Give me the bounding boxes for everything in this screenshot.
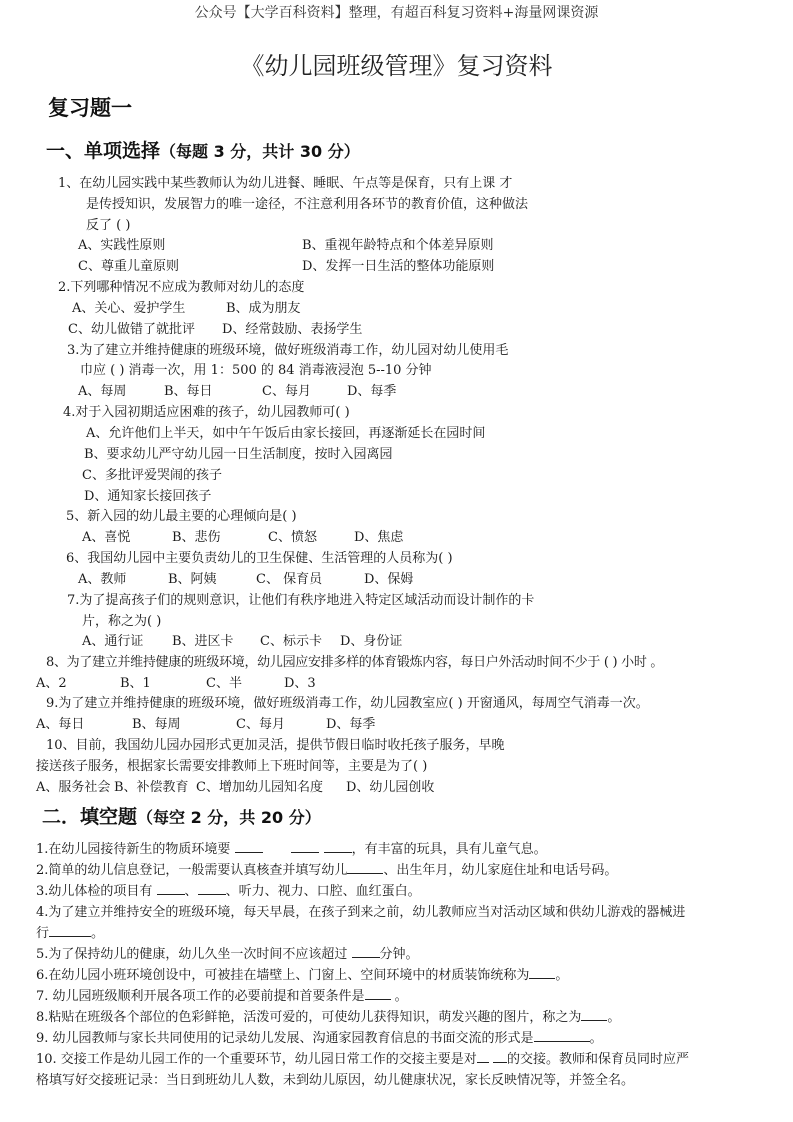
q10-option-b: B、补偿教育 <box>114 778 189 798</box>
fill-10-cont: 格填写好交接班记录：当日到班幼儿人数，未到幼儿原因，幼儿健康状况，家长反映情况等… <box>36 1071 634 1091</box>
q2-option-a: A、关心、爱护学生 <box>72 299 185 319</box>
fill-2: 2.简单的幼儿信息登记，一般需要认真核查并填写幼儿、出生年月，幼儿家庭住址和电话… <box>36 861 617 881</box>
q1-line1: 1、在幼儿园实践中某些教师认为幼儿进餐、睡眠、午点等是保育，只有上课 才 <box>58 174 512 194</box>
fill-10-blank-2[interactable] <box>493 1050 507 1063</box>
fill-1-blank-3[interactable] <box>324 840 352 853</box>
fill-1: 1.在幼儿园接待新生的物质环境要 ，有丰富的玩具，具有儿童气息。 <box>36 840 547 860</box>
fill-7-text-end: 。 <box>391 989 408 1004</box>
q7-option-b: B、进区卡 <box>172 632 234 652</box>
fill-5: 5.为了保持幼儿的健康，幼儿久坐一次时间不应该超过 分钟。 <box>36 945 419 965</box>
fill-7: 7. 幼儿园班级顺利开展各项工作的必要前提和首要条件是 。 <box>36 987 408 1007</box>
fill-9-text-end: 。 <box>590 1031 603 1046</box>
q5-line1: 5、新入园的幼儿最主要的心理倾向是( ) <box>66 507 297 527</box>
q8-option-c: C、半 <box>206 674 242 694</box>
fill-8-text: 8.粘贴在班级各个部位的色彩鲜艳，活泼可爱的，可使幼儿获得知识，萌发兴趣的图片，… <box>36 1010 581 1025</box>
fill-9: 9. 幼儿园教师与家长共同使用的记录幼儿发展、沟通家园教育信息的书面交流的形式是… <box>36 1029 603 1049</box>
part2-heading: 二．填空题（每空 2 分，共 20 分） <box>42 802 321 829</box>
q10-option-a: A、服务社会 <box>36 778 110 798</box>
fill-10-blank-1[interactable] <box>477 1050 489 1063</box>
part1-heading-text: 一、单项选择 <box>46 140 160 162</box>
part2-note: （每空 2 分，共 20 分） <box>137 808 321 827</box>
fill-2-blank[interactable] <box>347 861 383 874</box>
q9-option-c: C、每月 <box>236 715 285 735</box>
q9-option-d: D、每季 <box>326 715 375 735</box>
fill-9-text: 9. 幼儿园教师与家长共同使用的记录幼儿发展、沟通家园教育信息的书面交流的形式是 <box>36 1031 534 1046</box>
part1-note: （每题 3 分，共计 30 分） <box>160 142 360 161</box>
q1-line3: 反了 ( ) <box>86 216 130 236</box>
part1-heading: 一、单项选择（每题 3 分，共计 30 分） <box>46 136 360 163</box>
fill-1-text-end: ，有丰富的玩具，具有儿童气息。 <box>352 842 547 857</box>
q5-option-d: D、焦虑 <box>354 528 403 548</box>
q8-option-d: D、3 <box>284 674 316 694</box>
fill-10-text: 10. 交接工作是幼儿园工作的一个重要环节，幼儿园日常工作的交接主要是对 <box>36 1052 477 1067</box>
q2-option-b: B、成为朋友 <box>226 299 301 319</box>
part2-heading-text: 二．填空题 <box>42 806 137 828</box>
page-header: 公众号【大学百科资料】整理，有超百科复习资料+海量网课资源 <box>0 2 793 22</box>
fill-2-text-end: 、出生年月，幼儿家庭住址和电话号码。 <box>383 863 617 878</box>
q3-option-b: B、每日 <box>164 382 213 402</box>
fill-10-text-mid: 的交接。教师和保育员同时应严 <box>507 1052 689 1067</box>
fill-3: 3.幼儿体检的项目有 、、听力、视力、口腔、血红蛋白。 <box>36 882 421 902</box>
fill-4-text-end: 行 <box>36 926 49 941</box>
q1-option-b: B、重视年龄特点和个体差异原则 <box>302 236 494 256</box>
q8-line1: 8、为了建立并维持健康的班级环境，幼儿园应安排多样的体育锻炼内容，每日户外活动时… <box>46 653 663 673</box>
fill-1-blank-1[interactable] <box>235 840 263 853</box>
q3-line2: 巾应 ( ) 消毒一次，用 1：500 的 84 消毒液浸泡 5--10 分钟 <box>80 361 432 381</box>
fill-3-blank-2[interactable] <box>198 882 226 895</box>
q4-option-d: D、通知家长接回孩子 <box>84 487 211 507</box>
q7-line1: 7.为了提高孩子们的规则意识，让他们有秩序地进入特定区域活动而设计制作的卡 <box>67 591 534 611</box>
fill-3-blank-1[interactable] <box>157 882 185 895</box>
q2-option-c: C、幼儿做错了就批评 <box>68 320 195 340</box>
q5-option-c: C、愤怒 <box>268 528 317 548</box>
fill-3-text: 3.幼儿体检的项目有 <box>36 884 157 899</box>
fill-8-text-end: 。 <box>607 1010 620 1025</box>
fill-6: 6.在幼儿园小班环境创设中，可被挂在墙壁上、门窗上、空间环境中的材质装饰统称为。 <box>36 966 568 986</box>
fill-9-blank[interactable] <box>534 1029 590 1042</box>
q4-option-b: B、要求幼儿严守幼儿园一日生活制度，按时入园离园 <box>84 445 393 465</box>
q8-option-b: B、1 <box>120 674 151 694</box>
q10-line1: 10、目前，我国幼儿园办园形式更加灵活，提供节假日临时收托孩子服务，早晚 <box>46 736 505 756</box>
q10-line2: 接送孩子服务，根据家长需要安排教师上下班时间等，主要是为了( ) <box>36 757 427 777</box>
fill-6-blank[interactable] <box>529 966 555 979</box>
q4-option-a: A、允许他们上半天，如中午午饭后由家长接回，再逐渐延长在园时间 <box>86 424 485 444</box>
q4-line1: 4.对于入园初期适应困难的孩子，幼儿园教师可( ) <box>63 403 350 423</box>
q1-line2: 是传授知识，发展智力的唯一途径，不注意利用各环节的教育价值，这种做法 <box>86 195 528 215</box>
q7-option-d: D、身份证 <box>340 632 402 652</box>
q1-option-c: C、尊重儿童原则 <box>78 257 179 277</box>
fill-4: 4.为了建立并维持安全的班级环境，每天早晨，在孩子到来之前，幼儿教师应当对活动区… <box>36 903 685 923</box>
fill-3-text-end: 、听力、视力、口腔、血红蛋白。 <box>226 884 421 899</box>
fill-1-blank-2[interactable] <box>291 840 319 853</box>
fill-7-blank[interactable] <box>365 987 391 1000</box>
fill-6-text-end: 。 <box>555 968 568 983</box>
fill-8-blank[interactable] <box>581 1008 607 1021</box>
q3-line1: 3.为了建立并维持健康的班级环境，做好班级消毒工作，幼儿园对幼儿使用毛 <box>67 341 508 361</box>
fill-10: 10. 交接工作是幼儿园工作的一个重要环节，幼儿园日常工作的交接主要是对 的交接… <box>36 1050 689 1070</box>
fill-5-text-end: 分钟。 <box>380 947 419 962</box>
q4-option-c: C、多批评爱哭闹的孩子 <box>82 466 222 486</box>
q6-line1: 6、我国幼儿园中主要负责幼儿的卫生保健、生活管理的人员称为( ) <box>66 549 453 569</box>
q10-option-d: D、幼儿园创收 <box>346 778 434 798</box>
q3-option-a: A、每周 <box>78 382 126 402</box>
fill-1-text: 1.在幼儿园接待新生的物质环境要 <box>36 842 235 857</box>
q3-option-d: D、每季 <box>347 382 396 402</box>
q7-line2: 片，称之为( ) <box>82 612 161 632</box>
q5-option-a: A、喜悦 <box>82 528 130 548</box>
q5-option-b: B、悲伤 <box>172 528 221 548</box>
fill-8: 8.粘贴在班级各个部位的色彩鲜艳，活泼可爱的，可使幼儿获得知识，萌发兴趣的图片，… <box>36 1008 620 1028</box>
q6-option-c: C、 保育员 <box>256 570 322 590</box>
q8-option-a: A、2 <box>36 674 67 694</box>
q6-option-a: A、教师 <box>78 570 126 590</box>
fill-5-text: 5.为了保持幼儿的健康，幼儿久坐一次时间不应该超过 <box>36 947 352 962</box>
fill-4-blank[interactable] <box>49 924 91 937</box>
q6-option-d: D、保姆 <box>364 570 413 590</box>
q10-option-c: C、增加幼儿园知名度 <box>196 778 323 798</box>
q2-option-d: D、经常鼓励、表扬学生 <box>222 320 362 340</box>
section-title: 复习题一 <box>48 92 132 122</box>
q1-option-d: D、发挥一日生活的整体功能原则 <box>302 257 494 277</box>
q7-option-a: A、通行证 <box>82 632 143 652</box>
document-title: 《幼儿园班级管理》复习资料 <box>0 46 793 81</box>
fill-5-blank[interactable] <box>352 945 380 958</box>
q6-option-b: B、阿姨 <box>168 570 217 590</box>
q9-option-b: B、每周 <box>132 715 181 735</box>
q7-option-c: C、标示卡 <box>260 632 322 652</box>
fill-4-cont: 行。 <box>36 924 104 944</box>
fill-2-text: 2.简单的幼儿信息登记，一般需要认真核查并填写幼儿 <box>36 863 347 878</box>
fill-7-text: 7. 幼儿园班级顺利开展各项工作的必要前提和首要条件是 <box>36 989 365 1004</box>
q3-option-c: C、每月 <box>262 382 311 402</box>
q1-option-a: A、实践性原则 <box>78 236 165 256</box>
q2-line1: 2.下列哪种情况不应成为教师对幼儿的态度 <box>58 278 304 298</box>
q9-line1: 9.为了建立并维持健康的班级环境，做好班级消毒工作，幼儿园教室应( ) 开窗通风… <box>46 694 649 714</box>
q9-option-a: A、每日 <box>36 715 84 735</box>
fill-6-text: 6.在幼儿园小班环境创设中，可被挂在墙壁上、门窗上、空间环境中的材质装饰统称为 <box>36 968 529 983</box>
